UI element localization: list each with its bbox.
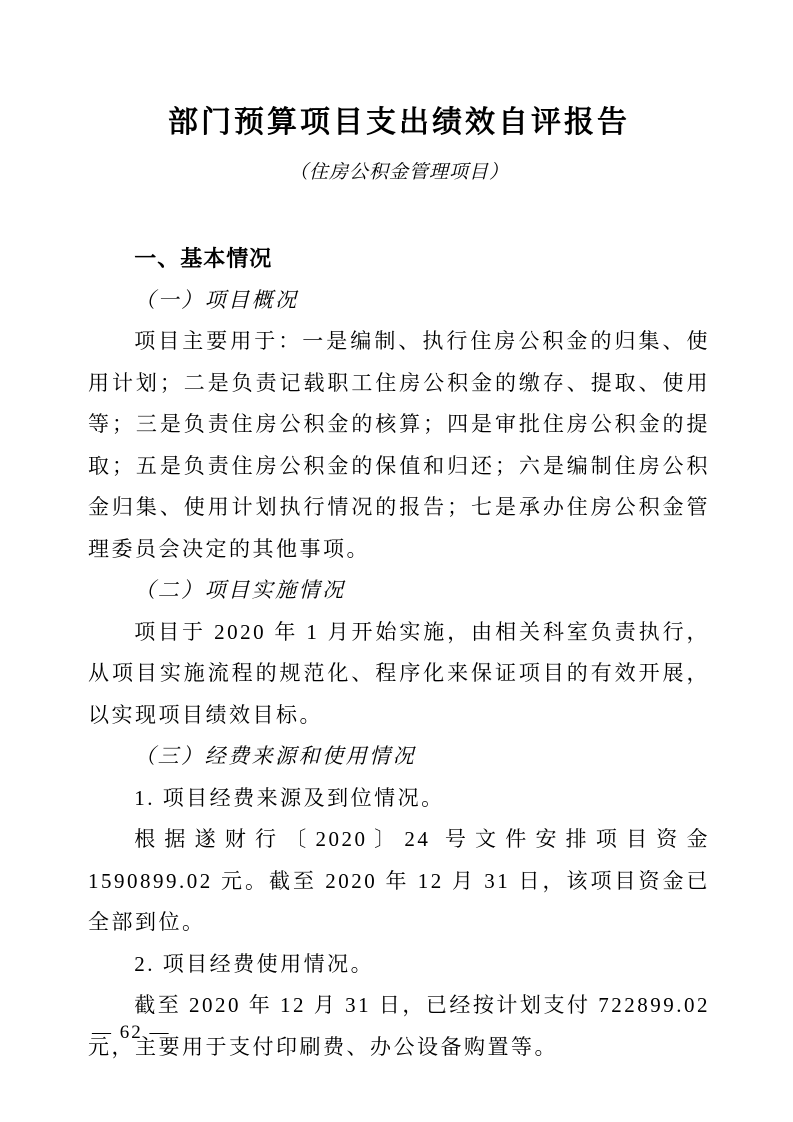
document-page: 部门预算项目支出绩效自评报告 （住房公积金管理项目） 一、基本情况 （一）项目概…: [0, 0, 793, 1122]
subheading-project-implementation: （二）项目实施情况: [88, 570, 710, 612]
subheading-project-overview: （一）项目概况: [88, 280, 710, 322]
document-title: 部门预算项目支出绩效自评报告: [88, 102, 710, 144]
paragraph-project-overview: 项目主要用于：一是编制、执行住房公积金的归集、使用计划；二是负责记载职工住房公积…: [88, 321, 710, 570]
section-heading-basic-info: 一、基本情况: [88, 238, 710, 280]
paragraph-funding-source: 根据遂财行〔2020〕24 号文件安排项目资金 1590899.02 元。截至 …: [88, 819, 710, 944]
subheading-funding-source-usage: （三）经费来源和使用情况: [88, 736, 710, 778]
document-subtitle: （住房公积金管理项目）: [88, 158, 710, 188]
paragraph-project-implementation: 项目于 2020 年 1 月开始实施，由相关科室负责执行，从项目实施流程的规范化…: [88, 612, 710, 737]
paragraph-funding-usage: 截至 2020 年 12 月 31 日，已经按计划支付 722899.02 元，…: [88, 985, 710, 1068]
page-number: — 62 —: [92, 1018, 171, 1048]
numbered-item-funding-source: 1. 项目经费来源及到位情况。: [88, 778, 710, 820]
numbered-item-funding-usage: 2. 项目经费使用情况。: [88, 944, 710, 986]
